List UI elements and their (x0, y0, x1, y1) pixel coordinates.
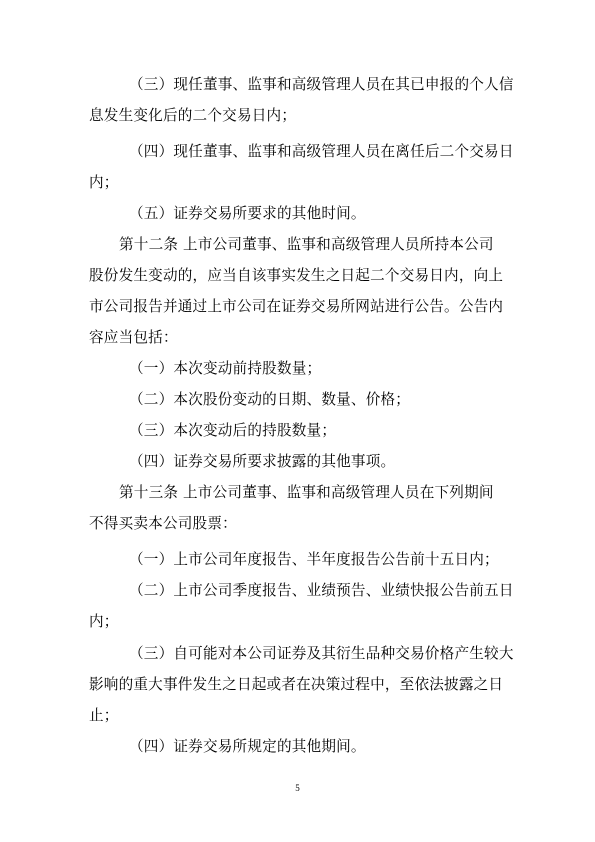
article-12-heading: 第十二条 上市公司董事、监事和高级管理人员所持本公司 (119, 236, 529, 254)
article-13-heading: 第十三条 上市公司董事、监事和高级管理人员在下列期间 (119, 484, 529, 502)
item-4-line-1: （四）现任董事、监事和高级管理人员在离任后二个交易日 (129, 143, 529, 161)
article-13-line-2: 不得买卖本公司股票： (89, 515, 529, 533)
article-13-item-4: （四）证券交易所规定的其他期间。 (129, 738, 529, 756)
article-12-line-2: 股份发生变动的，应当自该事实发生之日起二个交易日内，向上 (89, 267, 529, 285)
article-12-item-3: （三）本次变动后的持股数量； (129, 422, 529, 440)
document-page: （三）现任董事、监事和高级管理人员在其已申报的个人信 息发生变化后的二个交易日内… (0, 0, 595, 842)
article-12-item-1: （一）本次变动前持股数量； (129, 360, 529, 378)
item-3-line-1: （三）现任董事、监事和高级管理人员在其已申报的个人信 (129, 76, 529, 94)
article-13-item-1: （一）上市公司年度报告、半年度报告公告前十五日内； (129, 551, 529, 569)
item-4-line-2: 内； (89, 174, 529, 192)
article-12-line-3: 市公司报告并通过上市公司在证券交易所网站进行公告。公告内 (89, 298, 529, 316)
article-12-line-4: 容应当包括： (89, 329, 529, 347)
page-number: 5 (0, 783, 595, 793)
article-13-item-2-line-2: 内； (89, 613, 529, 631)
article-12-item-2: （二）本次股份变动的日期、数量、价格； (129, 391, 529, 409)
item-5: （五）证券交易所要求的其他时间。 (129, 205, 529, 223)
item-3-line-2: 息发生变化后的二个交易日内； (89, 107, 529, 125)
article-13-item-2-line-1: （二）上市公司季度报告、业绩预告、业绩快报公告前五日 (129, 582, 529, 600)
article-13-item-3-line-1: （三）自可能对本公司证券及其衍生品种交易价格产生较大 (129, 645, 529, 663)
article-12-item-4: （四）证券交易所要求披露的其他事项。 (129, 453, 529, 471)
article-13-item-3-line-2: 影响的重大事件发生之日起或者在决策过程中，至依法披露之日 (89, 676, 529, 694)
article-13-item-3-line-3: 止； (89, 707, 529, 725)
